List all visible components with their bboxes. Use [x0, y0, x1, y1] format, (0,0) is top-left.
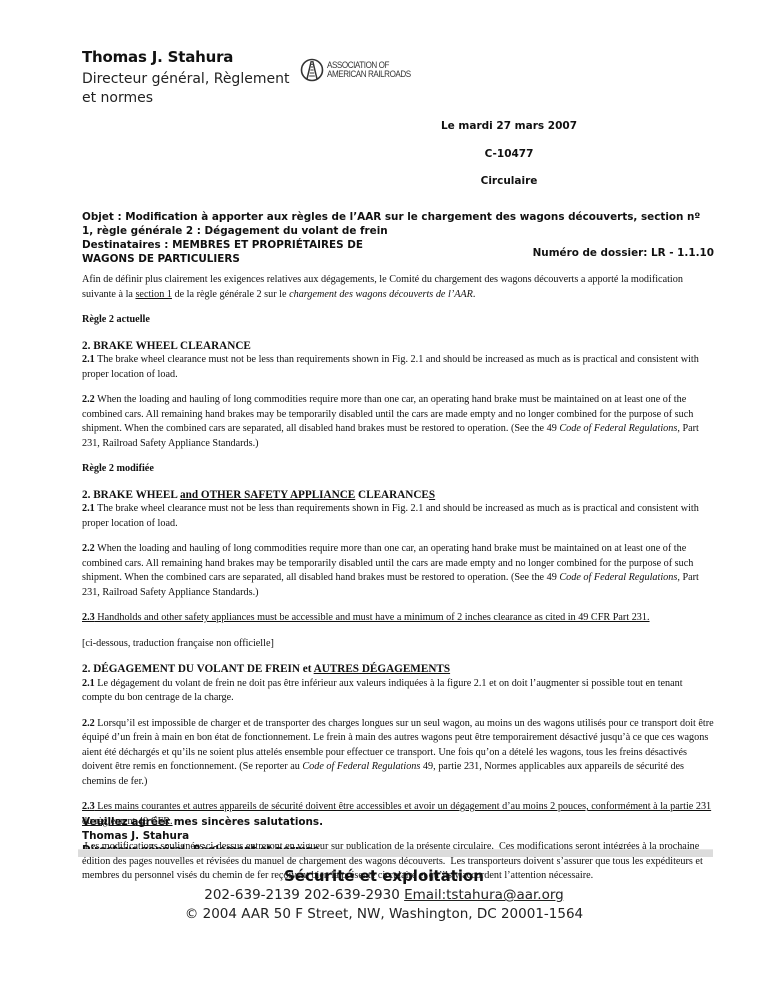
circular-reference: C-10477 — [0, 148, 768, 160]
document-type: Circulaire — [0, 175, 768, 187]
section-link: section 1 — [135, 289, 172, 300]
footer-department: Sécurité et exploitation — [0, 866, 768, 886]
intro-paragraph: Afin de définir plus clairement les exig… — [82, 273, 714, 302]
current-rule-heading: 2. BRAKE WHEEL CLEARANCE — [82, 339, 714, 354]
french-rule-2-2: 2.2 Lorsqu’il est impossible de charger … — [82, 717, 714, 790]
logo-wordmark: ASSOCIATION OF AMERICAN RAILROADS — [327, 61, 411, 79]
french-rule-heading: 2. DÉGAGEMENT DU VOLANT DE FREIN et AUTR… — [82, 662, 714, 677]
footer-address: © 2004 AAR 50 F Street, NW, Washington, … — [0, 905, 768, 924]
aar-track-arch-icon — [300, 58, 324, 82]
current-rule-label: Règle 2 actuelle — [82, 313, 714, 328]
current-rule-2-1: 2.1 The brake wheel clearance must not b… — [82, 353, 714, 382]
author-name: Thomas J. Stahura — [82, 48, 233, 66]
signature-name: Thomas J. Stahura — [82, 829, 323, 843]
salutation: Veuillez agréer mes sincères salutations… — [82, 815, 323, 829]
email-link[interactable]: Email:tstahura@aar.org — [404, 887, 564, 903]
modified-rule-2-2: 2.2 When the loading and hauling of long… — [82, 542, 714, 600]
footer-divider-bar — [78, 849, 713, 857]
modified-rule-label: Règle 2 modifiée — [82, 462, 714, 477]
translation-note: [ci-dessous, traduction française non of… — [82, 637, 714, 652]
modified-rule-2-3: 2.3 Handholds and other safety appliance… — [82, 611, 714, 626]
current-rule-2-2: 2.2 When the loading and hauling of long… — [82, 393, 714, 451]
modified-rule-2-1: 2.1 The brake wheel clearance must not b… — [82, 502, 714, 531]
subject-line: Objet : Modification à apporter aux règl… — [82, 210, 712, 238]
document-body: Afin de définir plus clairement les exig… — [82, 273, 714, 884]
aar-logo: ASSOCIATION OF AMERICAN RAILROADS — [300, 58, 422, 82]
circular-date: Le mardi 27 mars 2007 — [0, 120, 768, 132]
modified-rule-heading: 2. BRAKE WHEEL and OTHER SAFETY APPLIANC… — [82, 488, 714, 503]
author-title: Directeur général, Règlement et normes — [82, 70, 292, 108]
french-rule-2-1: 2.1 Le dégagement du volant de frein ne … — [82, 677, 714, 706]
file-number: Numéro de dossier: LR - 1.1.10 — [533, 247, 714, 259]
footer-phones: 202-639-2139 202-639-2930 — [204, 887, 404, 903]
footer-contact: 202-639-2139 202-639-2930 Email:tstahura… — [0, 886, 768, 905]
footer: Sécurité et exploitation 202-639-2139 20… — [0, 866, 768, 924]
recipients-line: Destinataires : MEMBRES ET PROPRIÉTAIRES… — [82, 238, 412, 266]
